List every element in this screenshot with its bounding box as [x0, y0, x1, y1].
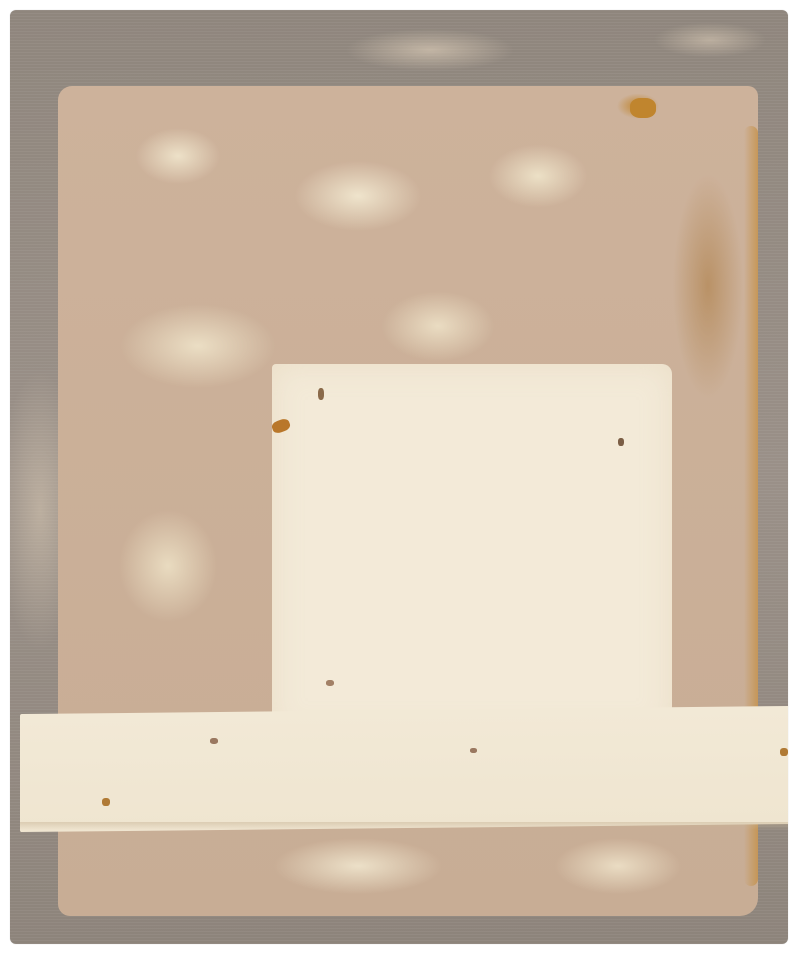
rug-fleck — [618, 438, 624, 446]
rug-fleck — [326, 680, 334, 686]
rug-fleck — [318, 388, 324, 400]
rug-fleck — [630, 98, 656, 118]
rug-fleck — [102, 798, 110, 806]
rug-fleck — [470, 748, 477, 753]
rug-band-shadow — [20, 822, 788, 830]
rug-fleck — [780, 748, 788, 756]
rug-fleck — [210, 738, 218, 744]
rug-cream-square — [272, 364, 672, 734]
rug-image — [10, 10, 788, 944]
rug-cream-band — [20, 706, 788, 832]
